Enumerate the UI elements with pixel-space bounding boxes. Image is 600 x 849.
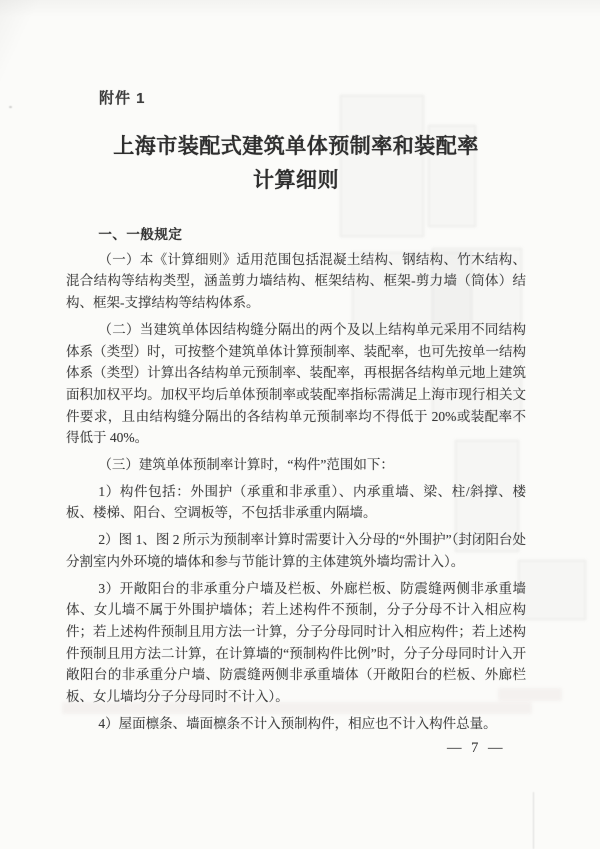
paragraph-item-3-sub1: 1）构件包括：外围护（承重和非承重）、内承重墙、梁、柱/斜撑、楼板、楼梯、阳台、… <box>66 481 526 524</box>
scan-bleed-artifact <box>518 560 586 620</box>
document-title-line2: 计算细则 <box>60 163 532 197</box>
paragraph-item-3-sub2: 2）图 1、图 2 所示为预制率计算时需要计入分母的“外围护”（封闭阳台处分割室… <box>66 529 526 572</box>
document-page: 附件 1 上海市装配式建筑单体预制率和装配率 计算细则 一、一般规定 （一）本《… <box>0 0 600 849</box>
scan-line-artifact <box>533 792 534 849</box>
paragraph-item-2: （二）当建筑单体因结构缝分隔出的两个及以上结构单元采用不同结构体系（类型）时，可… <box>66 319 526 449</box>
section-heading-general-rules: 一、一般规定 <box>66 224 526 246</box>
attachment-label: 附件 1 <box>99 87 146 108</box>
document-body: 一、一般规定 （一）本《计算细则》适用范围包括混凝土结构、钢结构、竹木结构、混合… <box>66 224 526 739</box>
page-number: — 7 — <box>447 740 506 757</box>
scan-speck-artifact <box>9 106 12 108</box>
paragraph-item-1: （一）本《计算细则》适用范围包括混凝土结构、钢结构、竹木结构、混合结构等结构类型… <box>66 249 526 314</box>
paragraph-item-3-sub4: 4）屋面檩条、墙面檩条不计入预制构件，相应也不计入构件总量。 <box>66 713 526 735</box>
document-title: 上海市装配式建筑单体预制率和装配率 计算细则 <box>60 129 532 197</box>
paragraph-item-3-intro: （三）建筑单体预制率计算时，“构件”范围如下： <box>66 454 526 476</box>
paragraph-item-3-sub3: 3）开敞阳台的非承重分户墙及栏板、外廊栏板、防震缝两侧非承重墙体、女儿墙不属于外… <box>66 578 526 708</box>
document-title-line1: 上海市装配式建筑单体预制率和装配率 <box>60 129 532 163</box>
